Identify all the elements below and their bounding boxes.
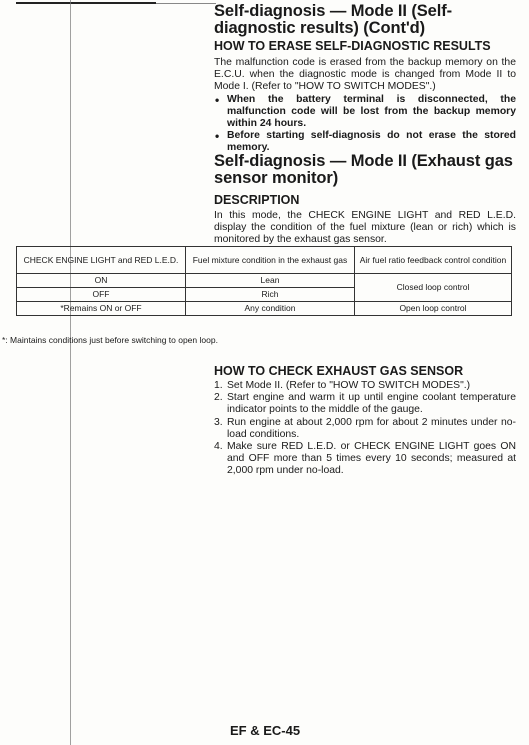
step-number: 1. xyxy=(214,380,223,392)
step-number: 2. xyxy=(214,392,223,404)
procedure-step: 4.Make sure RED L.E.D. or CHECK ENGINE L… xyxy=(214,441,516,478)
table-cell: Any condition xyxy=(186,302,355,316)
warning-item: Before starting self-diagnosis do not er… xyxy=(214,130,516,154)
table-cell: OFF xyxy=(17,288,186,302)
procedure-step: 2.Start engine and warm it up until engi… xyxy=(214,392,516,416)
table-header: Fuel mixture condition in the exhaust ga… xyxy=(186,247,355,274)
step-number: 3. xyxy=(214,417,223,429)
table-header: Air fuel ratio feedback control conditio… xyxy=(355,247,512,274)
procedure-step: 3.Run engine at about 2,000 rpm for abou… xyxy=(214,417,516,441)
table-cell: Rich xyxy=(186,288,355,302)
section-body: The malfunction code is erased from the … xyxy=(214,57,516,94)
table-footnote: *: Maintains conditions just before swit… xyxy=(2,335,218,345)
section-body: In this mode, the CHECK ENGINE LIGHT and… xyxy=(214,210,516,247)
top-rule xyxy=(16,2,156,4)
procedure-steps: 1.Set Mode II. (Refer to "HOW TO SWITCH … xyxy=(214,380,516,478)
section-title: Self-diagnosis — Mode II (Exhaust gas se… xyxy=(214,153,516,187)
table-header-row: CHECK ENGINE LIGHT and RED L.E.D. Fuel m… xyxy=(17,247,512,274)
table-row: ON Lean Closed loop control xyxy=(17,274,512,288)
warning-list: When the battery terminal is disconnecte… xyxy=(214,94,516,155)
page-crease-line xyxy=(70,0,71,745)
section-title: Self-diagnosis — Mode II (Self-diagnosti… xyxy=(214,3,516,37)
step-number: 4. xyxy=(214,441,223,453)
section-subheading: DESCRIPTION xyxy=(214,193,516,208)
table-cell: Closed loop control xyxy=(355,274,512,302)
step-text: Start engine and warm it up until engine… xyxy=(227,392,516,415)
warning-item: When the battery terminal is disconnecte… xyxy=(214,94,516,131)
table-cell: ON xyxy=(17,274,186,288)
table-header: CHECK ENGINE LIGHT and RED L.E.D. xyxy=(17,247,186,274)
step-text: Run engine at about 2,000 rpm for about … xyxy=(227,417,516,440)
step-text: Make sure RED L.E.D. or CHECK ENGINE LIG… xyxy=(227,441,516,476)
indicator-table: CHECK ENGINE LIGHT and RED L.E.D. Fuel m… xyxy=(16,246,512,316)
table-cell: *Remains ON or OFF xyxy=(17,302,186,316)
page-number: EF & EC-45 xyxy=(230,723,300,738)
table-cell: Open loop control xyxy=(355,302,512,316)
section-exhaust-monitor: Self-diagnosis — Mode II (Exhaust gas se… xyxy=(214,153,516,247)
section-check-sensor: HOW TO CHECK EXHAUST GAS SENSOR 1.Set Mo… xyxy=(214,364,516,478)
section-erase-results: Self-diagnosis — Mode II (Self-diagnosti… xyxy=(214,3,516,155)
table-row: *Remains ON or OFF Any condition Open lo… xyxy=(17,302,512,316)
section-subheading: HOW TO ERASE SELF-DIAGNOSTIC RESULTS xyxy=(214,39,516,54)
step-text: Set Mode II. (Refer to "HOW TO SWITCH MO… xyxy=(227,380,470,391)
procedure-step: 1.Set Mode II. (Refer to "HOW TO SWITCH … xyxy=(214,380,516,392)
section-subheading: HOW TO CHECK EXHAUST GAS SENSOR xyxy=(214,364,516,379)
top-rule-thin xyxy=(156,3,216,4)
table-cell: Lean xyxy=(186,274,355,288)
